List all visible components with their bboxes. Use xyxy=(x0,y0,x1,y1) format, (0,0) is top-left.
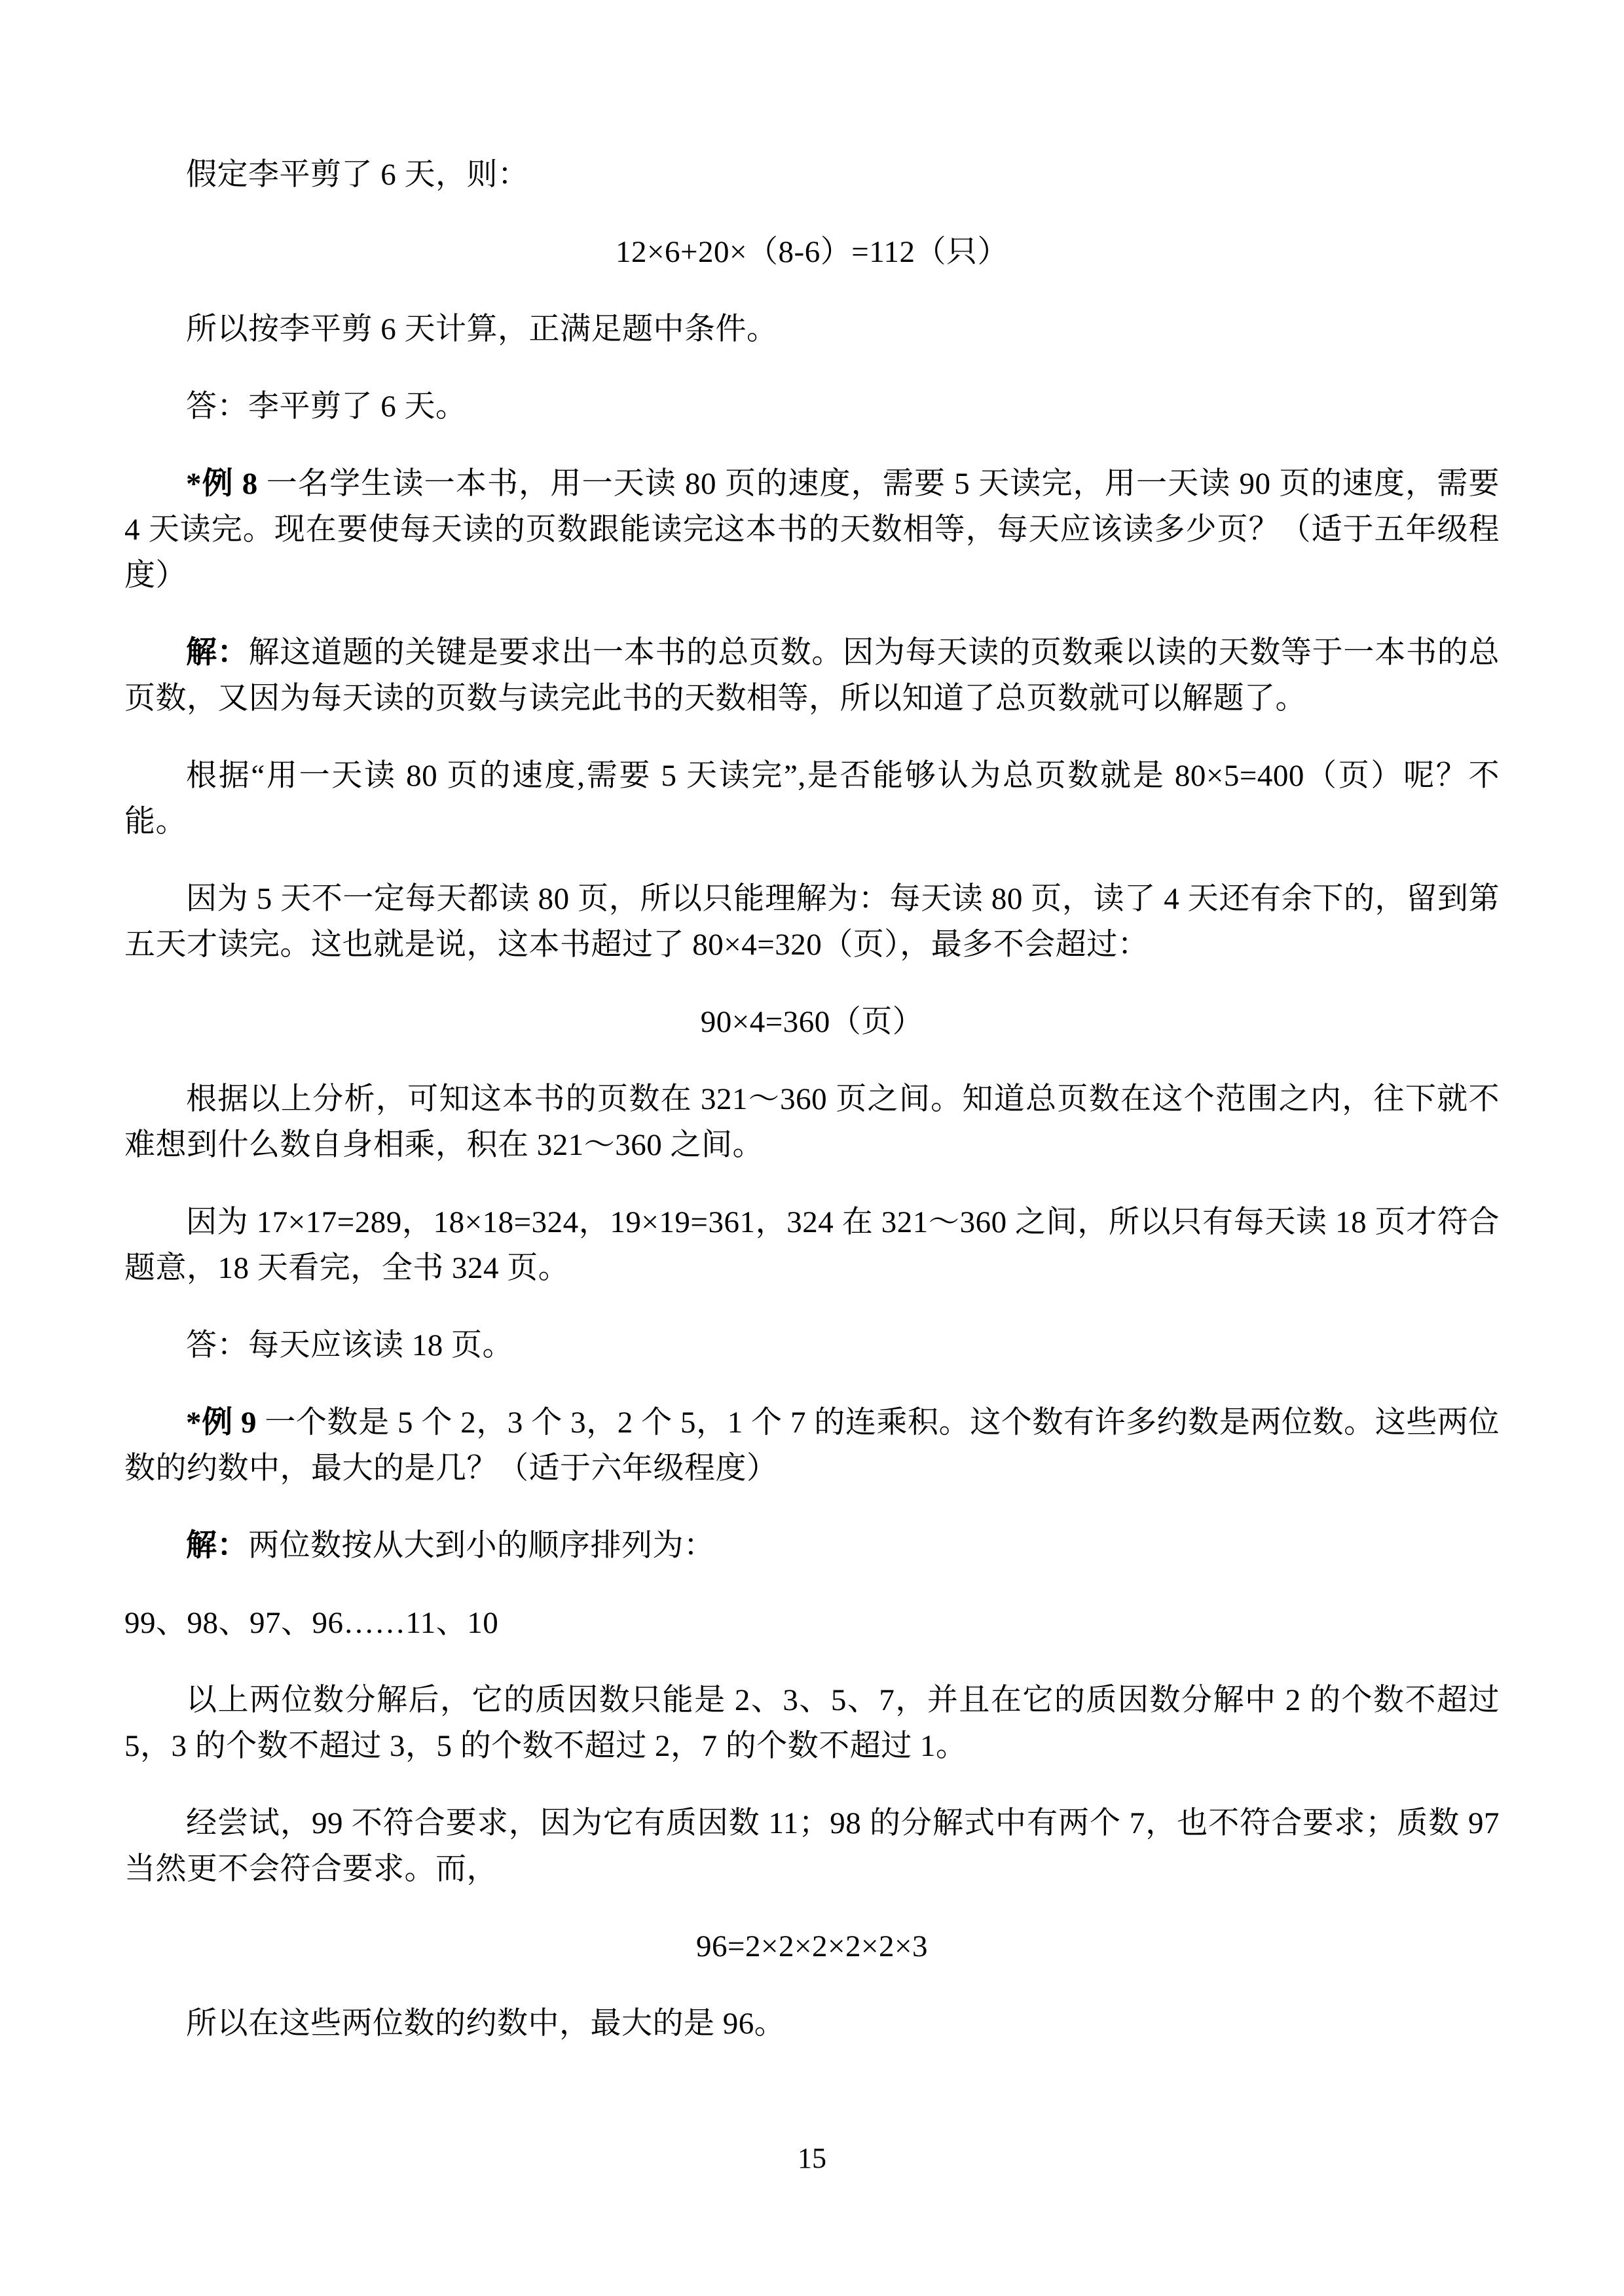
answer-line: 答：每天应该读 18 页。 xyxy=(124,1322,1500,1368)
text-segment: 假定李平剪了 6 天，则： xyxy=(186,158,529,192)
paragraph: 根据“用一天读 80 页的速度,需要 5 天读完”,是否能够认为总页数就是 80… xyxy=(124,753,1500,845)
text-segment: 答：每天应该读 18 页。 xyxy=(186,1328,513,1362)
text-segment: 解这道题的关键是要求出一本书的总页数。因为每天读的页数乘以读的天数等于一本书的总… xyxy=(124,636,1500,716)
page-number: 15 xyxy=(798,2142,826,2174)
emphasis-text: 解： xyxy=(186,1529,248,1563)
text-segment: 所以在这些两位数的约数中，最大的是 96。 xyxy=(186,2007,785,2041)
text-segment: 所以按李平剪 6 天计算，正满足题中条件。 xyxy=(186,312,778,346)
paragraph: 经尝试，99 不符合要求，因为它有质因数 11；98 的分解式中有两个 7，也不… xyxy=(124,1800,1500,1892)
formula-line: 96=2×2×2×2×2×3 xyxy=(124,1923,1500,1969)
text-segment: 96=2×2×2×2×2×3 xyxy=(696,1929,928,1963)
text-segment: 一个数是 5 个 2，3 个 3，2 个 5，1 个 7 的连乘积。这个数有许多… xyxy=(124,1406,1500,1485)
text-segment: 99、98、97、96……11、10 xyxy=(124,1606,498,1640)
document-body: 假定李平剪了 6 天，则：12×6+20×（8-6）=112（只）所以按李平剪 … xyxy=(124,152,1500,2047)
solution-paragraph: 解：解这道题的关键是要求出一本书的总页数。因为每天读的页数乘以读的天数等于一本书… xyxy=(124,630,1500,721)
text-segment: 根据“用一天读 80 页的速度,需要 5 天读完”,是否能够认为总页数就是 80… xyxy=(124,759,1500,839)
text-segment: 因为 5 天不一定每天都读 80 页，所以只能理解为：每天读 80 页，读了 4… xyxy=(124,882,1500,962)
paragraph: 因为 17×17=289，18×18=324，19×19=361，324 在 3… xyxy=(124,1199,1500,1291)
paragraph: 所以按李平剪 6 天计算，正满足题中条件。 xyxy=(124,306,1500,352)
paragraph: 所以在这些两位数的约数中，最大的是 96。 xyxy=(124,2001,1500,2047)
paragraph: 根据以上分析，可知这本书的页数在 321～360 页之间。知道总页数在这个范围之… xyxy=(124,1076,1500,1168)
text-segment: 经尝试，99 不符合要求，因为它有质因数 11；98 的分解式中有两个 7，也不… xyxy=(124,1806,1500,1886)
text-segment: 因为 17×17=289，18×18=324，19×19=361，324 在 3… xyxy=(124,1205,1500,1285)
formula-line: 12×6+20×（8-6）=112（只） xyxy=(124,229,1500,275)
text-segment: 12×6+20×（8-6）=112（只） xyxy=(616,235,1008,269)
emphasis-text: 解： xyxy=(186,636,249,670)
text-segment: 答：李平剪了 6 天。 xyxy=(186,390,467,424)
text-segment: 以上两位数分解后，它的质因数只能是 2、3、5、7，并且在它的质因数分解中 2 … xyxy=(124,1683,1500,1763)
text-segment: 根据以上分析，可知这本书的页数在 321～360 页之间。知道总页数在这个范围之… xyxy=(124,1082,1500,1162)
example-paragraph: *例 9 一个数是 5 个 2，3 个 3，2 个 5，1 个 7 的连乘积。这… xyxy=(124,1400,1500,1491)
number-sequence-line: 99、98、97、96……11、10 xyxy=(124,1600,1500,1646)
paragraph: 以上两位数分解后，它的质因数只能是 2、3、5、7，并且在它的质因数分解中 2 … xyxy=(124,1677,1500,1769)
formula-line: 90×4=360（页） xyxy=(124,999,1500,1045)
answer-line: 答：李平剪了 6 天。 xyxy=(124,384,1500,429)
text-segment: 一名学生读一本书，用一天读 80 页的速度，需要 5 天读完，用一天读 90 页… xyxy=(124,467,1500,592)
text-segment: 90×4=360（页） xyxy=(701,1005,924,1039)
text-segment: 两位数按从大到小的顺序排列为： xyxy=(248,1529,715,1563)
solution-paragraph: 解：两位数按从大到小的顺序排列为： xyxy=(124,1523,1500,1569)
page-footer: 15 xyxy=(0,2142,1624,2175)
page-container: 假定李平剪了 6 天，则：12×6+20×（8-6）=112（只）所以按李平剪 … xyxy=(0,0,1624,2296)
paragraph: 因为 5 天不一定每天都读 80 页，所以只能理解为：每天读 80 页，读了 4… xyxy=(124,876,1500,968)
paragraph: 假定李平剪了 6 天，则： xyxy=(124,152,1500,198)
emphasis-text: *例 9 xyxy=(186,1406,257,1440)
emphasis-text: *例 8 xyxy=(186,467,258,501)
example-paragraph: *例 8 一名学生读一本书，用一天读 80 页的速度，需要 5 天读完，用一天读… xyxy=(124,461,1500,598)
